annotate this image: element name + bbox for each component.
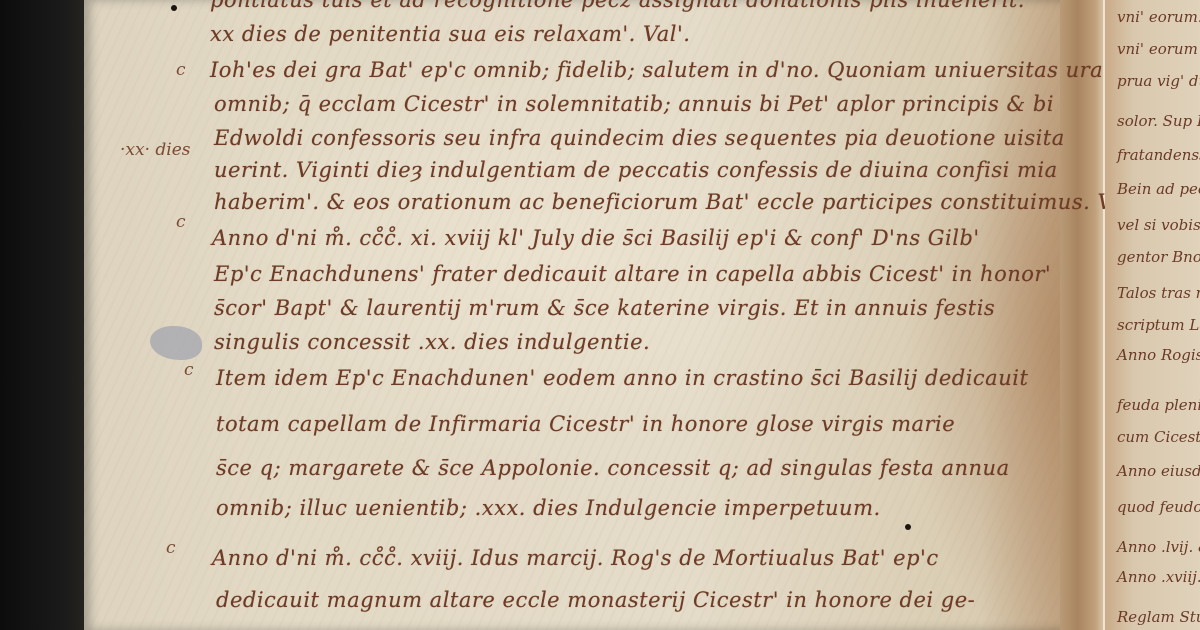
facing-text-line: gentor Bnos a bbox=[1117, 248, 1200, 266]
facing-text-line: prua vig' du bbox=[1117, 72, 1200, 90]
margin-paragraph-mark: c bbox=[176, 212, 186, 232]
text-line-4: omnib; q̄ ecclam Cicestr' in solemnitati… bbox=[214, 92, 1054, 116]
facing-text-line: scriptum Lord bbox=[1117, 316, 1200, 334]
margin-note-xx-dies: ·xx· dies bbox=[120, 140, 191, 160]
facing-text-line: Talos tras m bbox=[1117, 284, 1200, 302]
facing-text-line: Bein ad pecp bbox=[1117, 180, 1200, 198]
facing-text-line: Anno .lvij. & c bbox=[1117, 538, 1200, 556]
margin-paragraph-mark: c bbox=[176, 60, 186, 80]
text-line-1: po̅ntiatus tuis et ad recognitione pecz … bbox=[210, 0, 1025, 12]
dark-background bbox=[0, 0, 88, 630]
margin-paragraph-mark: c bbox=[166, 538, 176, 558]
text-line-3: Ioh'es dei gra Bat' ep'c omnib; fidelib;… bbox=[210, 58, 1145, 82]
facing-text-line: vel si vobis p bbox=[1117, 216, 1200, 234]
text-line-6: uerint. Viginti dieȝ indulgentiam de pec… bbox=[214, 158, 1058, 182]
text-line-14: s̄ce q; margarete & s̄ce Appolonie. conc… bbox=[216, 456, 1010, 480]
text-line-8: Anno d'ni m̊. cc̊c̊. xi. xviij kl' July … bbox=[212, 226, 980, 250]
text-line-2: xx dies de penitentia sua eis relaxam'. … bbox=[210, 22, 690, 46]
facing-text-line: quod feudo ij. bbox=[1117, 498, 1200, 516]
facing-text-line: cum Cicestr' bbox=[1117, 428, 1200, 446]
margin-paragraph-mark: c bbox=[184, 360, 194, 380]
facing-text-line: feuda plenis bbox=[1117, 396, 1200, 414]
text-line-12: Item idem Ep'c Enachdunen' eodem anno in… bbox=[216, 366, 1028, 390]
text-line-15: omnib; illuc uenientib; .xxx. dies Indul… bbox=[216, 496, 881, 520]
text-line-11: singulis concessit .xx. dies indulgentie… bbox=[214, 330, 650, 354]
facing-text-line: fratandenssum m bbox=[1117, 146, 1200, 164]
binding-gutter-stain bbox=[1060, 0, 1104, 630]
text-line-16: Anno d'ni m̊. cc̊c̊. xviij. Idus marcij.… bbox=[212, 546, 939, 570]
text-line-13: totam capellam de Infirmaria Cicestr' in… bbox=[216, 412, 955, 436]
text-line-17: dedicauit magnum altare eccle monasterij… bbox=[216, 588, 975, 612]
facing-text-line: Reglam Stud bbox=[1117, 608, 1200, 626]
facing-text-line: vni' eorum. bbox=[1117, 8, 1200, 26]
facing-text-line: solor. Sup Bn bbox=[1117, 112, 1200, 130]
facing-text-line: Anno Rogis bbox=[1117, 346, 1200, 364]
text-line-5: Edwoldi confessoris seu infra quindecim … bbox=[214, 126, 1065, 150]
facing-text-line: Anno .xviij. cl bbox=[1117, 568, 1200, 586]
facing-text-line: Anno eiusdem bbox=[1117, 462, 1200, 480]
facing-page: vni' eorum. vni' eorum q prua vig' du so… bbox=[1105, 0, 1200, 630]
ink-blot bbox=[171, 5, 177, 11]
text-line-7: haberim'. & eos orationum ac beneficioru… bbox=[214, 190, 1160, 214]
ink-blot bbox=[905, 524, 911, 530]
text-line-9: Ep'c Enachdunens' frater dedicauit altar… bbox=[214, 262, 1051, 286]
facing-text-line: vni' eorum q bbox=[1117, 40, 1200, 58]
text-line-10: s̄cor' Bapt' & laurentij m'rum & s̄ce ka… bbox=[214, 296, 995, 320]
